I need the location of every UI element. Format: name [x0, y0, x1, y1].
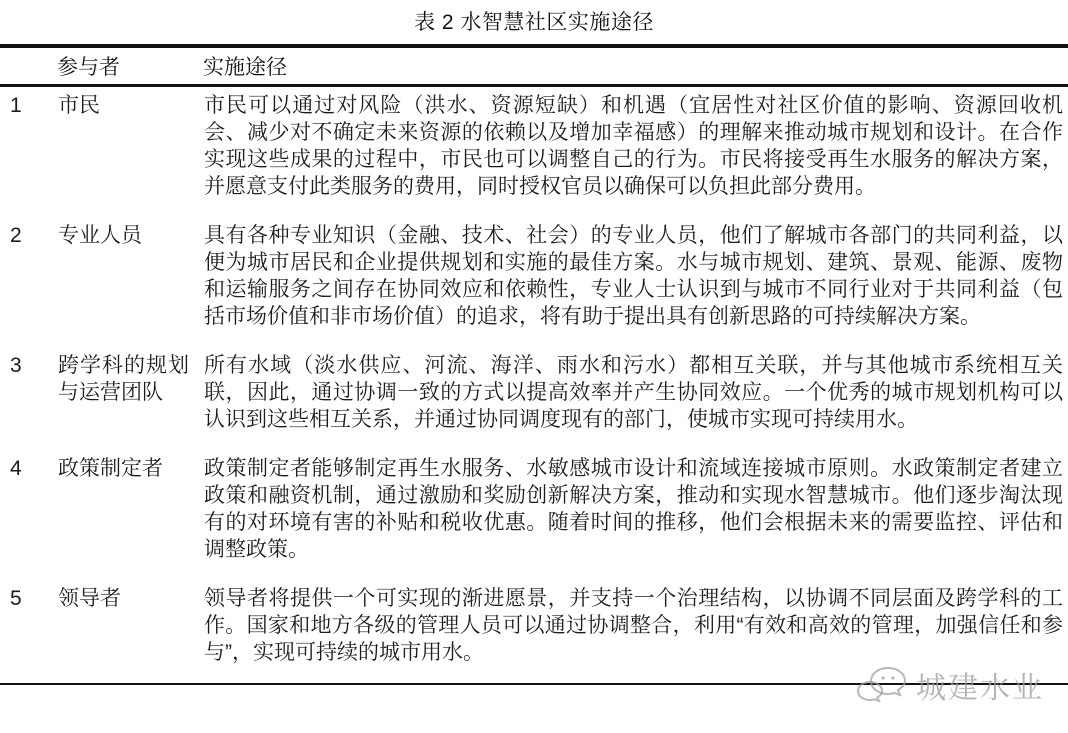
row-participant: 领导者 — [57, 580, 203, 684]
table-row: 2 专业人员 具有各种专业知识（金融、技术、社会）的专业人员，他们了解城市各部门… — [0, 217, 1068, 347]
table-row: 5 领导者 领导者将提供一个可实现的渐进愿景，并支持一个治理结构，以协调不同层面… — [0, 580, 1068, 684]
row-participant: 市民 — [57, 86, 203, 218]
row-pathway: 领导者将提供一个可实现的渐进愿景，并支持一个治理结构，以协调不同层面及跨学科的工… — [203, 580, 1068, 684]
table-row: 3 跨学科的规划与运营团队 所有水域（淡水供应、河流、海洋、雨水和污水）都相互关… — [0, 347, 1068, 450]
document-page: 表 2 水智慧社区实施途径 参与者 实施途径 1 市民 市民可以通过对风险（洪水… — [0, 0, 1068, 733]
row-pathway: 具有各种专业知识（金融、技术、社会）的专业人员，他们了解城市各部门的共同利益，以… — [203, 217, 1068, 347]
row-pathway: 政策制定者能够制定再生水服务、水敏感城市设计和流域连接城市原则。水政策制定者建立… — [203, 450, 1068, 580]
row-participant: 政策制定者 — [57, 450, 203, 580]
header-pathway: 实施途径 — [203, 46, 1068, 86]
row-number: 1 — [0, 86, 57, 218]
table-title: 表 2 水智慧社区实施途径 — [0, 0, 1068, 35]
row-number: 3 — [0, 347, 57, 450]
row-pathway: 所有水域（淡水供应、河流、海洋、雨水和污水）都相互关联，并与其他城市系统相互关联… — [203, 347, 1068, 450]
row-pathway: 市民可以通过对风险（洪水、资源短缺）和机遇（宜居性对社区价值的影响、资源回收机会… — [203, 86, 1068, 218]
row-number: 2 — [0, 217, 57, 347]
header-number — [0, 46, 57, 86]
row-number: 4 — [0, 450, 57, 580]
table-header-row: 参与者 实施途径 — [0, 46, 1068, 86]
header-participant: 参与者 — [57, 46, 203, 86]
implementation-table: 参与者 实施途径 1 市民 市民可以通过对风险（洪水、资源短缺）和机遇（宜居性对… — [0, 44, 1068, 685]
row-number: 5 — [0, 580, 57, 684]
table-row: 4 政策制定者 政策制定者能够制定再生水服务、水敏感城市设计和流域连接城市原则。… — [0, 450, 1068, 580]
table-row: 1 市民 市民可以通过对风险（洪水、资源短缺）和机遇（宜居性对社区价值的影响、资… — [0, 86, 1068, 218]
row-participant: 跨学科的规划与运营团队 — [57, 347, 203, 450]
row-participant: 专业人员 — [57, 217, 203, 347]
